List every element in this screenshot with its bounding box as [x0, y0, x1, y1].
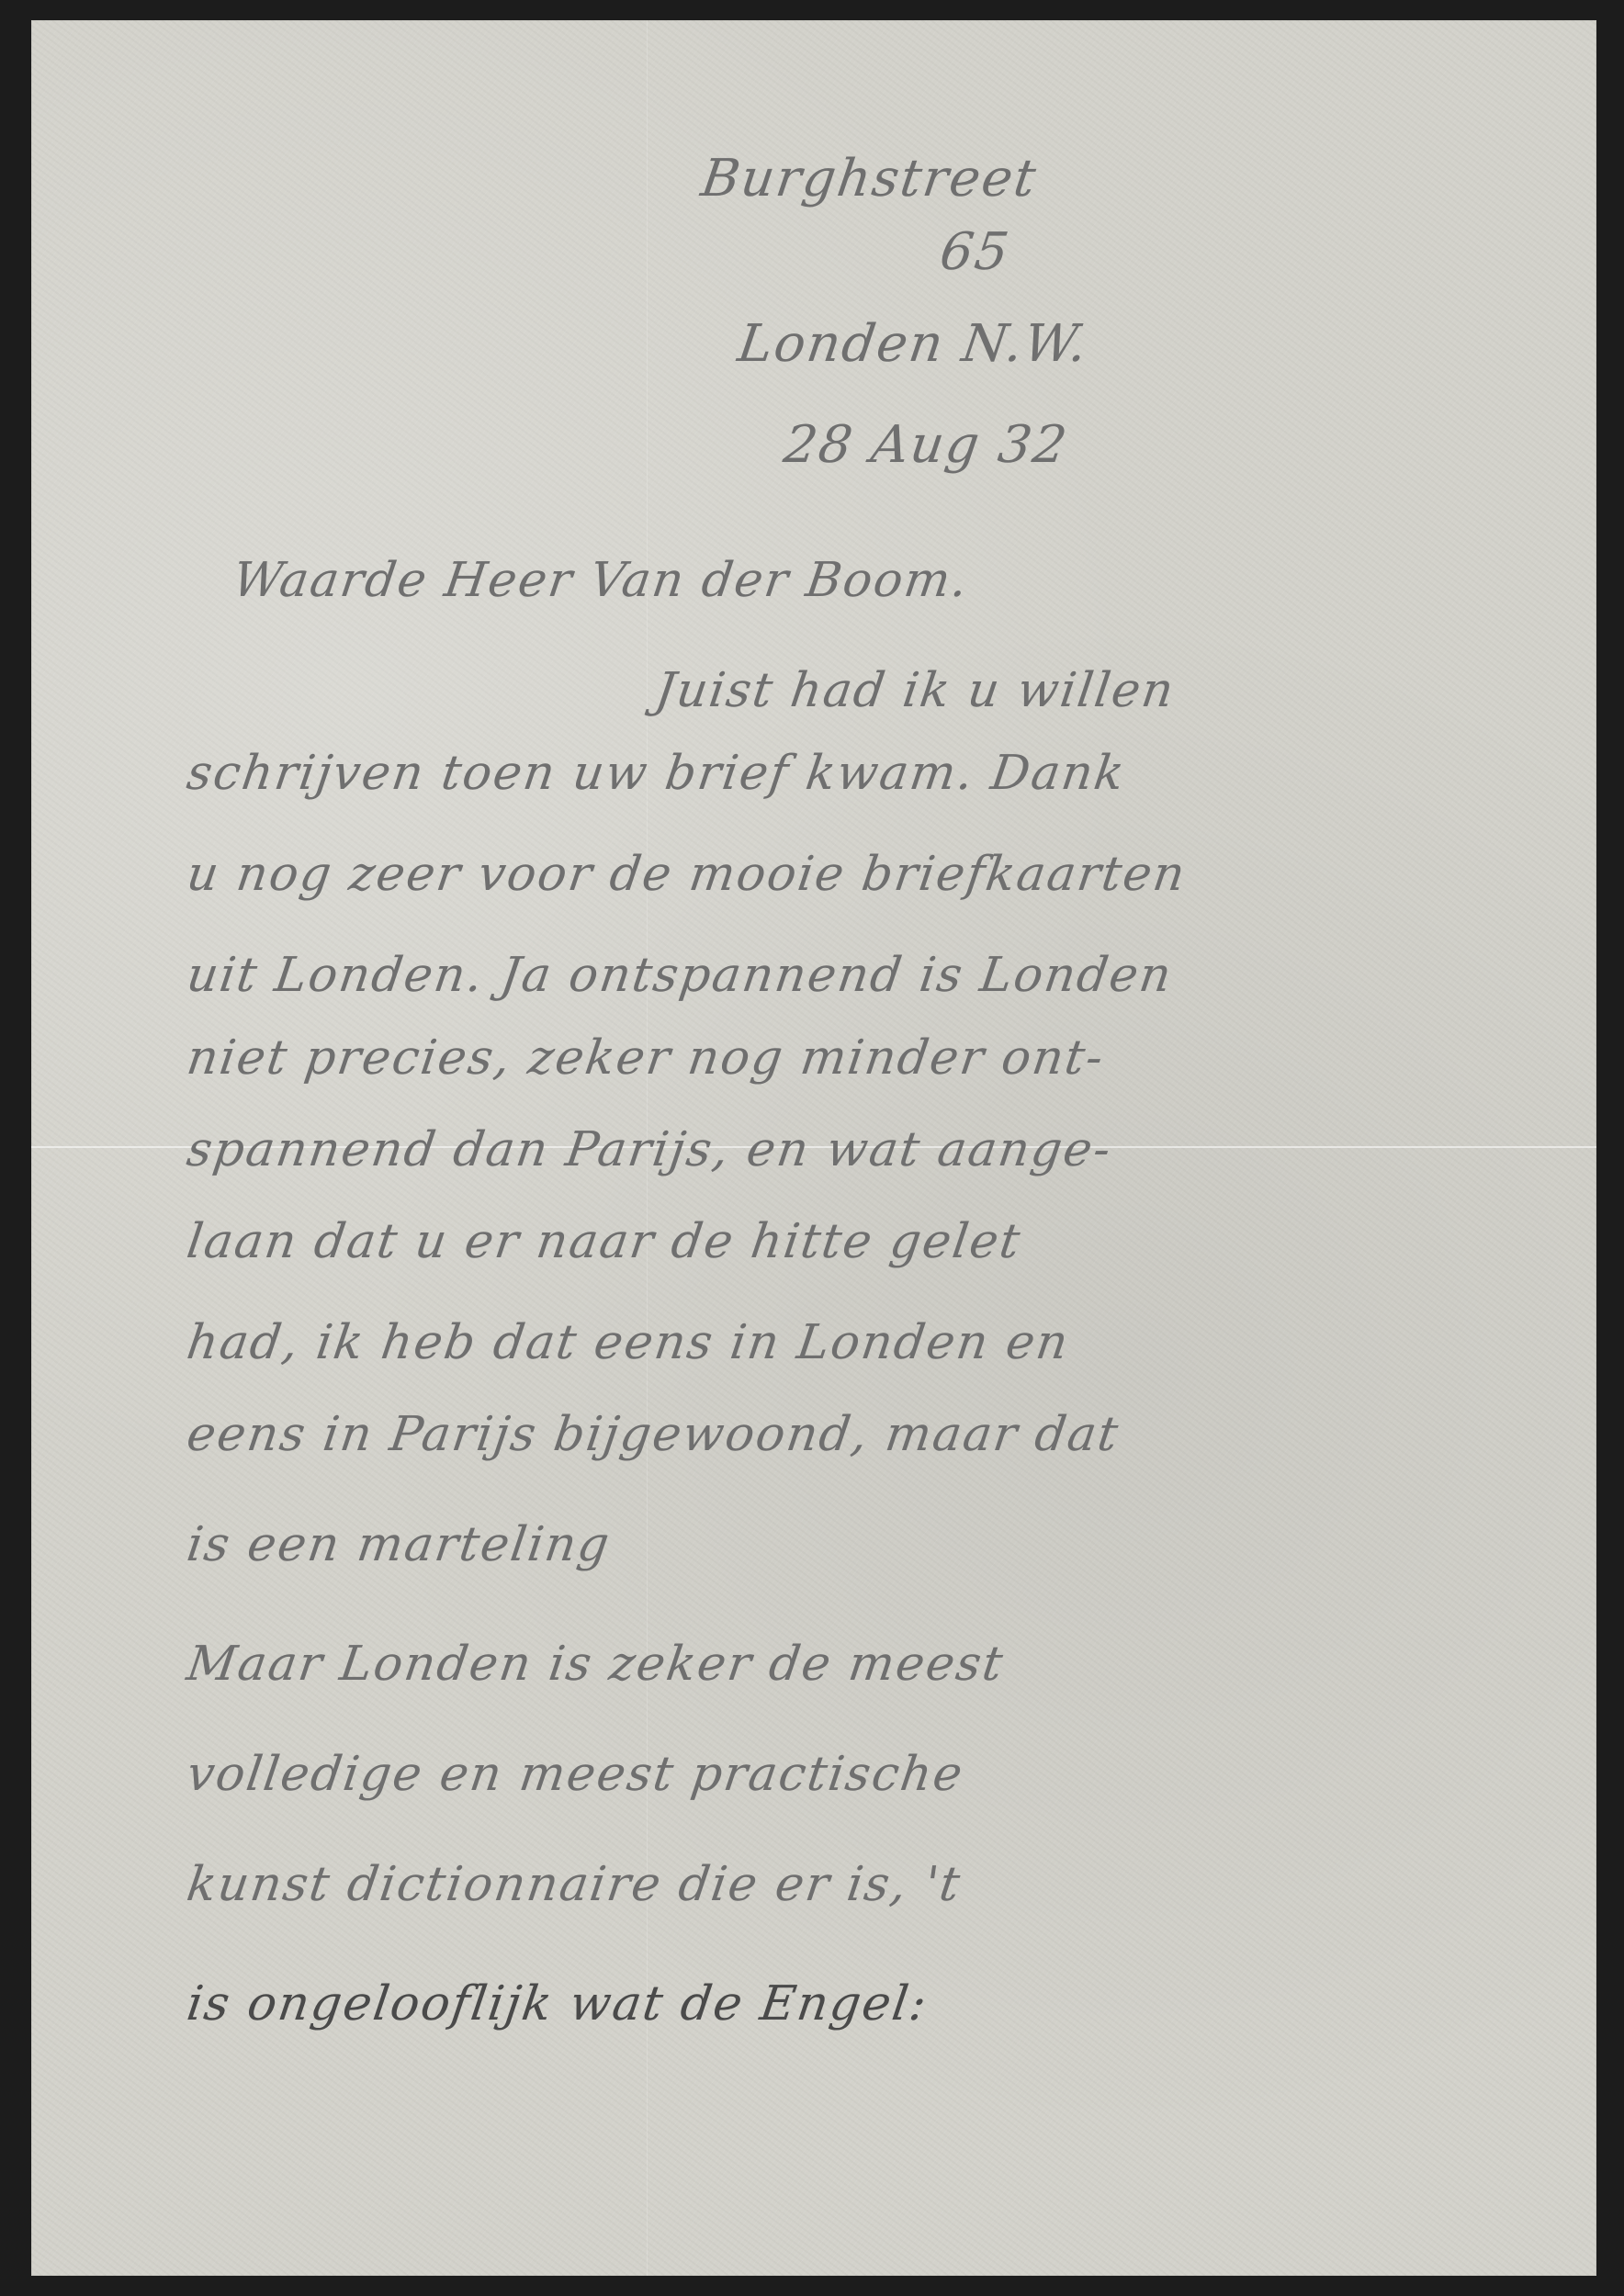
body-line-1: Juist had ik u willen	[652, 663, 1179, 718]
address-number: 65	[936, 222, 1013, 282]
body-line-12: volledige en meest practische	[184, 1747, 967, 1802]
scan-background: Burghstreet 65 Londen N.W. 28 Aug 32 Waa…	[0, 0, 1624, 2296]
body-line-4: uit Londen. Ja ontspannend is Londen	[184, 948, 1177, 1003]
letter-date: 28 Aug 32	[780, 415, 1072, 475]
body-line-5: niet precies, zeker nog minder ont-	[184, 1030, 1109, 1086]
salutation: Waarde Heer Van der Boom.	[230, 553, 973, 608]
body-line-10: is een marteling	[184, 1517, 615, 1572]
address-city: Londen N.W.	[734, 314, 1092, 374]
body-line-14: is ongelooflijk wat de Engel:	[184, 1976, 931, 2032]
body-line-2: schrijven toen uw brief kwam. Dank	[184, 746, 1129, 801]
letter-page: Burghstreet 65 Londen N.W. 28 Aug 32 Waa…	[31, 20, 1596, 2276]
body-line-3: u nog zeer voor de mooie briefkaarten	[184, 847, 1190, 902]
address-street: Burghstreet	[697, 149, 1041, 208]
body-line-9: eens in Parijs bijgewoond, maar dat	[184, 1407, 1123, 1462]
body-line-8: had, ik heb dat eens in Londen en	[184, 1315, 1073, 1370]
body-line-6: spannend dan Parijs, en wat aange-	[184, 1122, 1116, 1177]
body-line-13: kunst dictionnaire die er is, 't	[184, 1857, 965, 1912]
body-line-11: Maar Londen is zeker de meest	[184, 1637, 1008, 1692]
body-line-7: laan dat u er naar de hitte gelet	[184, 1214, 1025, 1269]
